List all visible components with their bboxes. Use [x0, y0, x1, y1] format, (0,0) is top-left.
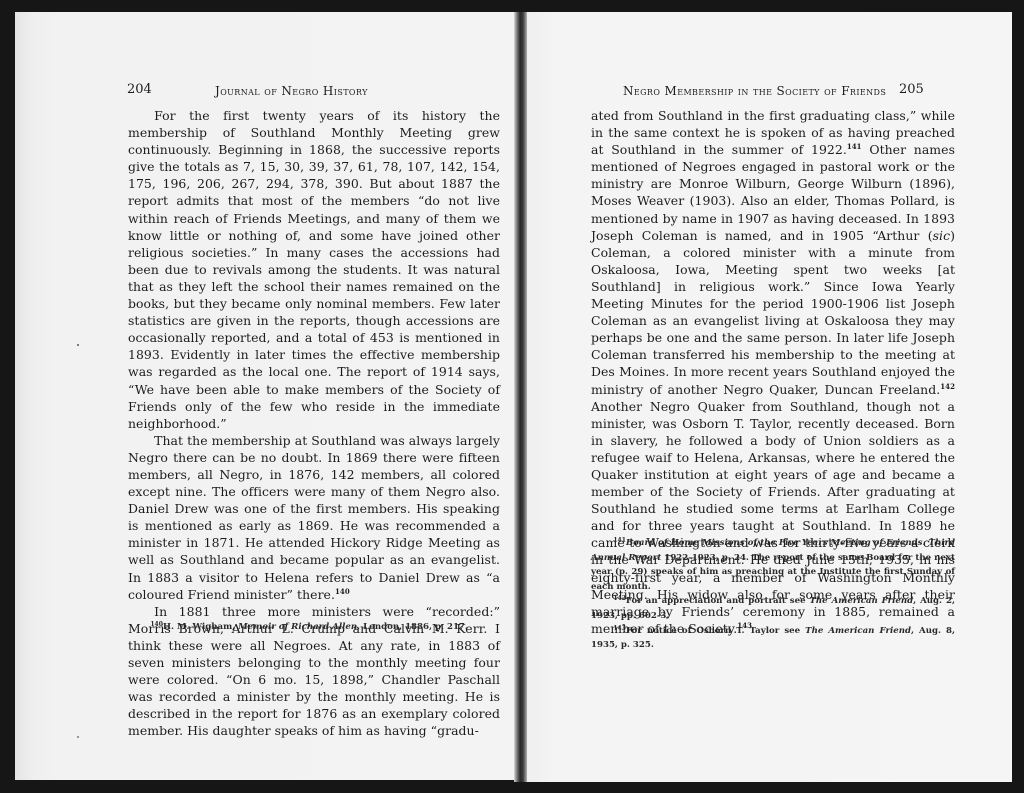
paragraph: For the first twenty years of its histor… — [128, 107, 500, 432]
scan-speck — [77, 344, 79, 346]
book-gutter — [514, 12, 528, 782]
scan-speck — [77, 736, 79, 738]
footnote-ref[interactable]: 141 — [847, 142, 862, 151]
page-number: 205 — [899, 83, 924, 97]
running-head: Journal of Negro History — [215, 84, 368, 98]
footnote-ref[interactable]: 142 — [940, 382, 955, 391]
footnote: 143For notice of Osborn T. Taylor see Th… — [591, 624, 955, 653]
left-page: 204 Journal of Negro History For the fir… — [15, 12, 518, 780]
footnote-ref[interactable]: 140 — [335, 587, 350, 596]
footnote: 142For an appreciation and portrait see … — [591, 594, 955, 623]
paragraph: That the membership at Southland was alw… — [128, 432, 500, 603]
footnote: 140H. M. Wigham, Memoir of Richard Allen… — [128, 620, 500, 635]
page-number: 204 — [127, 83, 152, 97]
footnotes: 141Board of Home Missions of the Five Ye… — [591, 536, 955, 653]
right-page: Negro Membership in the Society of Frien… — [527, 12, 1012, 782]
footnote: 141Board of Home Missions of the Five Ye… — [591, 536, 955, 594]
footnotes: 140H. M. Wigham, Memoir of Richard Allen… — [128, 620, 500, 635]
body-text: For the first twenty years of its histor… — [128, 107, 500, 739]
running-head: Negro Membership in the Society of Frien… — [623, 84, 886, 98]
